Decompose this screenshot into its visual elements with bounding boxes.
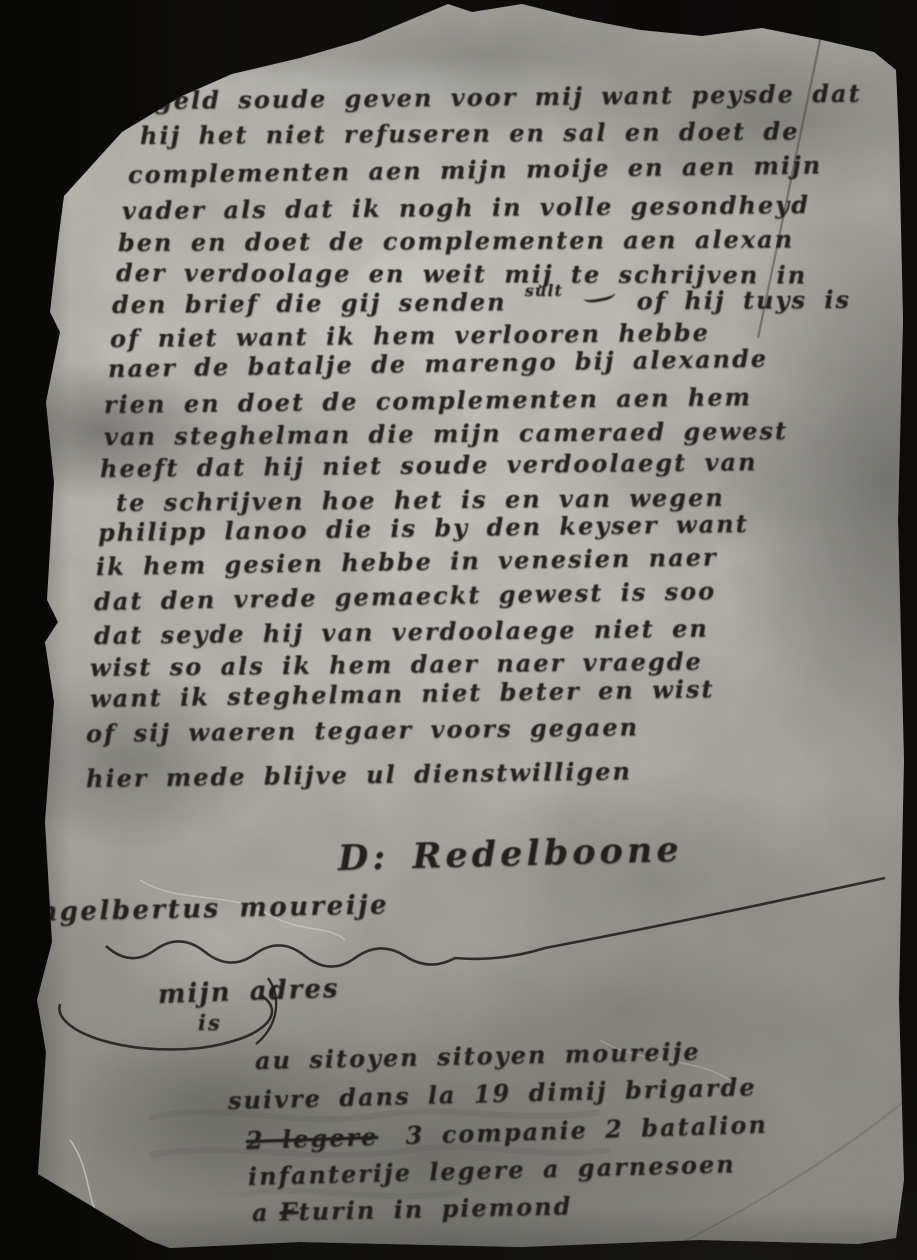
address-heading-sub: is — [198, 1010, 222, 1035]
line-text: a — [252, 1198, 270, 1227]
paper-sheet: geld soude geven voor mij want peysde da… — [0, 0, 917, 1260]
inserted-word: sult — [525, 281, 563, 300]
letter-line: vader als dat ik nogh in volle gesondhey… — [122, 190, 810, 225]
letter-line: ben en doet de complementen aen alexan — [118, 224, 794, 257]
letter-line: der verdoolage en weit mij te schrijven … — [116, 258, 807, 289]
line-text: den brief die gij senden — [112, 287, 507, 319]
letter-line-with-insertion: den brief die gij senden sult of hij tuy… — [112, 285, 851, 319]
struck-text: 2 legere — [246, 1122, 379, 1155]
address-heading: mijn adres — [157, 974, 340, 1010]
letter-line: van steghelman die mijn cameraed gewest — [104, 416, 788, 451]
letter-line: hij het niet refuseren en sal en doet de — [140, 116, 800, 150]
struck-text: F — [279, 1197, 299, 1226]
line-text: of hij tuys is — [637, 285, 851, 315]
crossed-out-scribble — [582, 284, 616, 305]
photo-stage: geld soude geven voor mij want peysde da… — [0, 0, 917, 1260]
scratch-mark — [70, 1140, 112, 1238]
line-text: turin in piemond — [298, 1191, 572, 1226]
